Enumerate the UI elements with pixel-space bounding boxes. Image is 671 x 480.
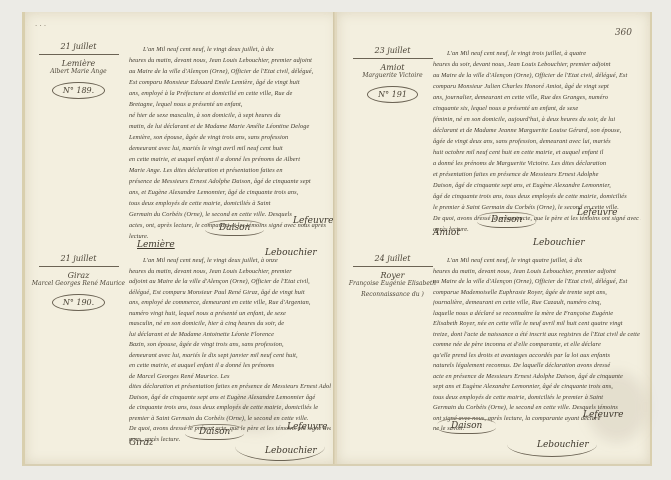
- text-line: Marie Ange. Les dites déclaration et pré…: [129, 165, 331, 176]
- entry-date: 24 juillet: [345, 254, 440, 263]
- text-line: en cette mairie, et auquel enfant il a d…: [129, 361, 331, 372]
- text-line: naturels légalement reconnus. De laquell…: [433, 361, 641, 372]
- signature-daison: Daison: [185, 424, 244, 440]
- text-line: heures du matin, devant nous, Jean Louis…: [129, 267, 331, 278]
- text-line: journalière, demeurant en cette ville, R…: [433, 298, 641, 309]
- margin-note-191: 23 juillet Amiot Marguerite Victoire N° …: [345, 46, 440, 103]
- entry-text-190: L'an Mil neuf cent neuf, le vingt deux j…: [129, 256, 331, 445]
- text-line: heures du soir, devant nous, Jean Louis …: [433, 59, 641, 70]
- text-line: Daison, âgé de cinquante sept ans et Eug…: [129, 393, 331, 404]
- text-line: délégué, Est comparu Monsieur Paul René …: [129, 288, 331, 299]
- text-line: L'an Mil neuf cent neuf, le vingt deux j…: [129, 256, 331, 267]
- margin-note-189: 21 juillet Lemière Albert Marie Ange N° …: [31, 42, 126, 99]
- entry-given-names: Françoise Eugénie Elisabeth: [345, 280, 440, 288]
- signature-daison: Daison: [477, 212, 536, 228]
- text-line: a donné les prénoms de Marguerite Victoi…: [433, 158, 641, 169]
- entry-date: 21 juillet: [31, 42, 126, 51]
- text-line: comme née de père inconnu et d'elle comp…: [433, 340, 641, 351]
- text-line: au Maire de la ville d'Alençon (Orne), O…: [433, 277, 641, 288]
- margin-note-190: 21 juillet Giraz Marcel Georges René Mau…: [31, 254, 126, 311]
- text-line: cinquante six, lequel nous a présenté un…: [433, 103, 641, 114]
- text-line: demeurant avec lui, mariés le dix sept j…: [129, 351, 331, 362]
- entry-date: 21 juillet: [31, 254, 126, 263]
- text-line: âgée de vingt deux ans, sans profession,…: [433, 136, 641, 147]
- text-line: L'an Mil neuf cent neuf, le vingt deux j…: [129, 44, 331, 55]
- entry-given-names: Marguerite Victoire: [345, 72, 440, 80]
- text-line: treize, dont l'acte de naissance a été i…: [433, 330, 641, 341]
- page-number: 360: [615, 28, 632, 38]
- text-line: heures du matin, devant nous, Jean Louis…: [129, 55, 331, 66]
- entry-surname: Amiot: [345, 63, 440, 72]
- entry-date: 23 juillet: [345, 46, 440, 55]
- text-line: masculin, né en son domicile, hier à cin…: [129, 319, 331, 330]
- entry-annotation: Reconnaissance du ): [345, 291, 440, 299]
- entry-text-189: L'an Mil neuf cent neuf, le vingt deux j…: [129, 44, 331, 242]
- text-line: tous deux employés de cette mairie, domi…: [129, 198, 331, 209]
- text-line: au Maire de la ville d'Alençon (Orne), O…: [433, 70, 641, 81]
- divider: [353, 266, 433, 267]
- divider: [353, 58, 433, 59]
- text-line: après lecture.: [433, 224, 641, 235]
- text-line: L'an Mil neuf cent neuf, le vingt trois …: [433, 48, 641, 59]
- entry-text-191: L'an Mil neuf cent neuf, le vingt trois …: [433, 48, 641, 235]
- signature-lefeuvre: Lefeuvre: [287, 422, 327, 432]
- signature-lefeuvre: Lefeuvre: [577, 208, 617, 218]
- entry-number: N° 190.: [52, 294, 105, 311]
- text-line: Daison, âgé de cinquante sept ans, et Eu…: [433, 180, 641, 191]
- text-line: féminin, né en son domicile, aujourd'hui…: [433, 114, 641, 125]
- text-line: laquelle nous a déclaré se reconnaître l…: [433, 309, 641, 320]
- text-line: né hier de sexe masculin, à son domicile…: [129, 110, 331, 121]
- text-line: L'an Mil neuf cent neuf, le vingt quatre…: [433, 256, 641, 267]
- text-line: déclarant et de Madame Jeanne Marguerite…: [433, 125, 641, 136]
- text-line: Elisabeth Royer, née en cette ville le n…: [433, 319, 641, 330]
- text-line: Bretagne, lequel nous a présenté un enfa…: [129, 99, 331, 110]
- divider: [39, 54, 119, 55]
- signature-flourish: [235, 432, 325, 461]
- text-line: matin, de lui déclarant et de Madame Mar…: [129, 121, 331, 132]
- text-line: acte en présence de Messieurs Ernest Ado…: [433, 372, 641, 383]
- entry-surname: Giraz: [31, 271, 126, 280]
- signature-daison: Daison: [437, 418, 496, 434]
- text-line: Lemière, son épouse, âgée de vingt trois…: [129, 132, 331, 143]
- text-line: demeurant avec lui, mariés le vingt avri…: [129, 143, 331, 154]
- text-line: ans, journalier, demeurant en cette vill…: [433, 92, 641, 103]
- text-line: âgé de cinquante trois ans, tous deux em…: [433, 191, 641, 202]
- text-line: de cinquante trois ans, tous deux employ…: [129, 403, 331, 414]
- entry-text-royer: L'an Mil neuf cent neuf, le vingt quatre…: [433, 256, 641, 435]
- text-line: qu'elle prend les droits et avantages ac…: [433, 351, 641, 362]
- open-register-book: · · · 21 juillet Lemière Albert Marie An…: [22, 12, 650, 464]
- text-line: comparue Mademoiselle Euphrasie Royer, â…: [433, 288, 641, 299]
- text-line: tous deux employés de cette mairie, domi…: [433, 393, 641, 404]
- entry-number: N° 191: [367, 86, 418, 103]
- entry-surname: Lemière: [31, 59, 126, 68]
- signature-lefeuvre: Lefeuvre: [293, 216, 333, 226]
- text-line: numéro vingt huit, lequel nous a présent…: [129, 309, 331, 320]
- text-line: ans, et Eugène Alexandre Lemonnier, âgé …: [129, 187, 331, 198]
- text-line: sept ans et Eugène Alexandre Lemonnier, …: [433, 382, 641, 393]
- text-line: ans, employé de commerce, demeurant en c…: [129, 298, 331, 309]
- entry-surname: Royer: [345, 271, 440, 280]
- text-line: huit octobre mil neuf cent huit en cette…: [433, 147, 641, 158]
- text-line: lui déclarant et de Madame Antoinette Lé…: [129, 330, 331, 341]
- margin-note-royer: 24 juillet Royer Françoise Eugénie Elisa…: [345, 254, 440, 299]
- text-line: de Marcel Georges René Maurice. Les: [129, 372, 331, 383]
- text-line: adjoint au Maire de la ville d'Alençon (…: [129, 277, 331, 288]
- entry-given-names: Marcel Georges René Maurice: [31, 280, 126, 288]
- text-line: Bazin, son épouse, âgée de vingt trois a…: [129, 340, 331, 351]
- ink-marks: · · ·: [35, 22, 46, 30]
- text-line: heures du matin, devant nous, Jean Louis…: [433, 267, 641, 278]
- text-line: et présentation faites en présence de Me…: [433, 169, 641, 180]
- text-line: dites déclaration et présentation faites…: [129, 382, 331, 393]
- signature-flourish: [507, 432, 597, 457]
- divider: [39, 266, 119, 267]
- entry-given-names: Albert Marie Ange: [31, 68, 126, 76]
- signature-daison: Daison: [205, 220, 264, 236]
- signature-lefeuvre: Lefeuvre: [583, 410, 623, 420]
- text-line: présence de Messieurs Ernest Adolphe Dai…: [129, 176, 331, 187]
- text-line: au Maire de la ville d'Alençon (Orne), O…: [129, 66, 331, 77]
- signature-amiot: Amiot: [433, 228, 460, 238]
- signature-lemiere: Lemière: [137, 240, 175, 250]
- left-page: · · · 21 juillet Lemière Albert Marie An…: [22, 12, 338, 466]
- signature-giraz: Giraz: [129, 438, 153, 448]
- signature-lebouchier: Lebouchier: [533, 238, 585, 248]
- entry-number: N° 189.: [52, 82, 105, 99]
- text-line: ans, employé à la Préfecture et domicili…: [129, 88, 331, 99]
- text-line: en cette mairie, et auquel enfant il a d…: [129, 154, 331, 165]
- right-page: 360 23 juillet Amiot Marguerite Victoire…: [337, 12, 652, 466]
- text-line: Est comparu Monsieur Edouard Emile Lemiè…: [129, 77, 331, 88]
- text-line: comparu Monsieur Julien Charles Honoré A…: [433, 81, 641, 92]
